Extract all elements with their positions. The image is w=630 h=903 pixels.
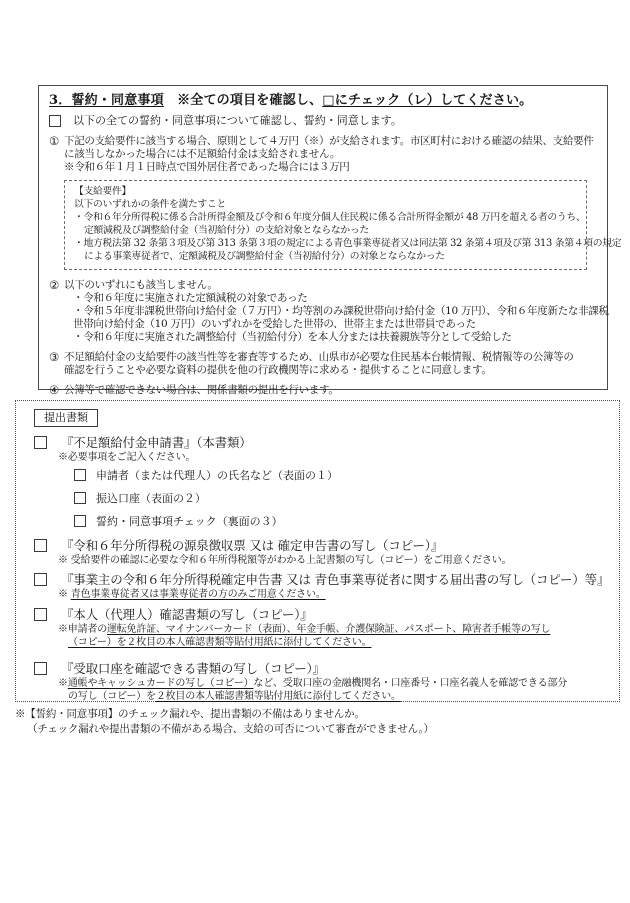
requirements-line-4: ・地方税法第 32 条第３項及び第 313 条第３項の規定による青色事業専従者又… xyxy=(74,237,580,250)
pledge-item-3-number: ③ xyxy=(49,351,64,377)
doc-receiving-account-note-1: ※通帳やキャッシュカードの写し（コピー）など、受取口座の金融機関名・口座番号・口… xyxy=(58,677,607,691)
footer-note-line-2: （チェック漏れや提出書類の不備がある場合、支給の可否について審査ができません。） xyxy=(15,722,434,737)
sub-item-applicant-name-label: 申請者（または代理人）の氏名など（表面の１） xyxy=(96,468,338,483)
doc-application-form: 『不足額給付金申請書』（本書類） ※必要事項をご記入ください。 申請者（または代… xyxy=(34,434,607,529)
sub-item-pledge-check-label: 誓約・同意事項チェック（裏面の３） xyxy=(96,514,283,529)
pledge-item-2-line-2: ・令和５年度非課税世帯向け給付金（７万円）・均等割のみ課税世帯向け給付金（10 … xyxy=(64,305,599,318)
doc-receiving-account-note-2-plain: の写し（コピー）を xyxy=(68,691,156,702)
doc-receiving-account: 『受取口座を確認できる書類の写し（コピー）』 ※通帳やキャッシュカードの写し（コ… xyxy=(34,660,607,704)
pledge-item-3-body: 不足額給付金の支給要件の該当性等を審査等するため、山県市が必要な住民基本台帳情報… xyxy=(64,351,599,377)
doc-identity-verification-head: 『本人（代理人）確認書類の写し（コピー）』 xyxy=(34,606,607,623)
doc-receiving-account-note-1-rest: など、受取口座の金融機関名・口座番号・口座名義人を確認できる部分 xyxy=(253,678,567,689)
pledge-item-2-line-4: ・令和６年度に実施された調整給付（当初給付分）を本人分または扶養親族等分として受… xyxy=(64,331,599,344)
sub-item-bank-account-checkbox[interactable] xyxy=(74,492,86,504)
agree-all-label: 以下の全ての誓約・同意事項について確認し、誓約・同意します。 xyxy=(73,114,402,128)
pledge-item-1-body: 下記の支給要件に該当する場合、原則として４万円（※）が支給されます。市区町村にお… xyxy=(64,135,599,272)
pledge-item-2-line-1: ・令和６年度に実施された定額減税の対象であった xyxy=(64,292,599,305)
doc-identity-verification: 『本人（代理人）確認書類の写し（コピー）』 ※申請者の運転免許証、マイナンバーカ… xyxy=(34,606,607,650)
pledge-title-period: 。 xyxy=(519,93,532,108)
agree-all-checkbox[interactable] xyxy=(49,115,61,127)
pledge-section-box: 3．誓約・同意事項 ※全ての項目を確認し、□にチェック（レ）してください。 以下… xyxy=(38,85,608,390)
doc-receiving-account-title: 『受取口座を確認できる書類の写し（コピー）』 xyxy=(61,660,325,677)
pledge-item-2-body: 以下のいずれにも該当しません。 ・令和６年度に実施された定額減税の対象であった … xyxy=(64,279,599,344)
pledge-item-1-line-2: に該当しなかった場合には不足額給付金は支給されません。 xyxy=(64,148,599,161)
doc-employer-tax-return-note-prefix: ※ xyxy=(58,589,71,600)
document-page: 3．誓約・同意事項 ※全ての項目を確認し、□にチェック（レ）してください。 以下… xyxy=(0,0,630,903)
requirements-line-2: ・令和６年分所得税に係る合計所得金額及び令和６年度分個人住民税に係る合計所得金額… xyxy=(74,211,580,224)
sub-item-bank-account-label: 振込口座（表面の２） xyxy=(96,491,206,506)
sub-item-pledge-check: 誓約・同意事項チェック（裏面の３） xyxy=(74,514,607,529)
doc-application-form-head: 『不足額給付金申請書』（本書類） xyxy=(34,434,607,451)
doc-withholding-slip-note: ※ 受給要件の確認に必要な令和６年所得税額等がわかる上記書類の写し（コピー）をご… xyxy=(58,554,607,568)
pledge-section-title: 3．誓約・同意事項 ※全ての項目を確認し、□にチェック（レ）してください。 xyxy=(49,92,599,109)
pledge-item-1-line-1: 下記の支給要件に該当する場合、原則として４万円（※）が支給されます。市区町村にお… xyxy=(64,135,599,148)
pledge-item-2: ② 以下のいずれにも該当しません。 ・令和６年度に実施された定額減税の対象であっ… xyxy=(49,279,599,344)
doc-withholding-slip: 『令和６年分所得税の源泉徴収票 又は 確定申告書の写し（コピー）』 ※ 受給要件… xyxy=(34,537,607,568)
requirements-line-3: 定額減税及び調整給付金（当初給付分）の支給対象とならなかった xyxy=(74,224,580,237)
pledge-item-2-line-3: 世帯向け給付金（10 万円）のいずれかを受給した世帯の、世帯主または世帯員であっ… xyxy=(64,318,599,331)
doc-receiving-account-note-2: の写し（コピー）を２枚目の本人確認書類等貼付用紙に添付してください。 xyxy=(58,690,607,704)
agree-all-row: 以下の全ての誓約・同意事項について確認し、誓約・同意します。 xyxy=(49,114,599,128)
submission-documents-box: 提出書類 『不足額給付金申請書』（本書類） ※必要事項をご記入ください。 申請者… xyxy=(15,400,620,702)
doc-receiving-account-note-1-prefix: ※ xyxy=(58,678,68,689)
doc-receiving-account-head: 『受取口座を確認できる書類の写し（コピー）』 xyxy=(34,660,607,677)
doc-receiving-account-note-1-underlined: 通帳やキャッシュカードの写し（コピー） xyxy=(68,678,254,689)
doc-receiving-account-note-2-underlined: ２枚目の本人確認書類等貼付用紙に添付してください。 xyxy=(156,691,401,702)
pledge-item-1: ① 下記の支給要件に該当する場合、原則として４万円（※）が支給されます。市区町村… xyxy=(49,135,599,272)
doc-withholding-slip-checkbox[interactable] xyxy=(34,539,47,552)
doc-identity-verification-note-2: （コピー）を２枚目の本人確認書類等貼付用紙に添付してください。 xyxy=(58,636,607,650)
requirements-heading: 【支給要件】 xyxy=(74,185,580,198)
doc-employer-tax-return-note-underlined: 青色事業専従者又は事業専従者の方のみご用意ください。 xyxy=(71,589,326,600)
footer-note-line-1: ※【誓約・同意事項】のチェック漏れや、提出書類の不備はありませんか。 xyxy=(15,707,434,722)
requirements-line-5: による事業専従者で、定額減税及び調整給付金（当初給付分）の対象とならなかった xyxy=(74,250,580,263)
sub-item-pledge-check-checkbox[interactable] xyxy=(74,515,86,527)
pledge-item-2-head: 以下のいずれにも該当しません。 xyxy=(64,279,599,292)
doc-application-form-subitems: 申請者（または代理人）の氏名など（表面の１） 振込口座（表面の２） 誓約・同意事… xyxy=(34,468,607,529)
pledge-item-4-body: 公簿等で確認できない場合は、関係書類の提出を行います。 xyxy=(64,384,599,397)
doc-application-form-checkbox[interactable] xyxy=(34,436,47,449)
pledge-item-3: ③ 不足額給付金の支給要件の該当性等を審査等するため、山県市が必要な住民基本台帳… xyxy=(49,351,599,377)
pledge-item-4: ④ 公簿等で確認できない場合は、関係書類の提出を行います。 xyxy=(49,384,599,397)
sub-item-applicant-name-checkbox[interactable] xyxy=(74,469,86,481)
pledge-item-3-line-2: 確認を行うことや必要な資料の提供を他の行政機関等に求める・提供することに同意しま… xyxy=(64,364,599,377)
doc-employer-tax-return-head: 『事業主の令和６年分所得税確定申告書 又は 青色事業専従者に関する届出書の写し（… xyxy=(34,571,607,588)
pledge-title-spacer xyxy=(164,93,177,108)
doc-withholding-slip-title: 『令和６年分所得税の源泉徴収票 又は 確定申告書の写し（コピー）』 xyxy=(61,537,443,554)
sub-item-applicant-name: 申請者（または代理人）の氏名など（表面の１） xyxy=(74,468,607,483)
doc-identity-verification-note-2-underlined: （コピー）を２枚目の本人確認書類等貼付用紙に添付してください。 xyxy=(68,637,371,648)
doc-identity-verification-note-1-underlined: 運転免許証、マイナンバーカード（表面）、年金手帳、介護保険証、パスポート、障害者… xyxy=(107,624,550,635)
sub-item-bank-account: 振込口座（表面の２） xyxy=(74,491,607,506)
doc-application-form-title: 『不足額給付金申請書』（本書類） xyxy=(61,434,252,451)
doc-receiving-account-checkbox[interactable] xyxy=(34,662,47,675)
pledge-item-1-number: ① xyxy=(49,135,64,272)
pledge-title-check-instruction: □にチェック（レ）してください xyxy=(322,93,519,108)
doc-identity-verification-note-1: ※申請者の運転免許証、マイナンバーカード（表面）、年金手帳、介護保険証、パスポー… xyxy=(58,623,607,637)
pledge-title-instruction: ※全ての項目を確認し、 xyxy=(177,93,322,108)
pledge-item-1-line-3: ※令和６年１月１日時点で国外居住者であった場合には３万円 xyxy=(64,161,599,174)
pledge-item-3-line-1: 不足額給付金の支給要件の該当性等を審査等するため、山県市が必要な住民基本台帳情報… xyxy=(64,351,599,364)
submission-documents-label: 提出書類 xyxy=(34,409,98,427)
pledge-item-4-line-1: 公簿等で確認できない場合は、関係書類の提出を行います。 xyxy=(64,384,599,397)
pledge-item-2-number: ② xyxy=(49,279,64,344)
doc-employer-tax-return: 『事業主の令和６年分所得税確定申告書 又は 青色事業専従者に関する届出書の写し（… xyxy=(34,571,607,602)
doc-identity-verification-checkbox[interactable] xyxy=(34,608,47,621)
requirements-line-1: 以下のいずれかの条件を満たすこと xyxy=(74,198,580,211)
doc-employer-tax-return-checkbox[interactable] xyxy=(34,573,47,586)
doc-withholding-slip-head: 『令和６年分所得税の源泉徴収票 又は 確定申告書の写し（コピー）』 xyxy=(34,537,607,554)
doc-identity-verification-note-1-prefix: ※申請者の xyxy=(58,624,107,635)
pledge-item-4-number: ④ xyxy=(49,384,64,397)
doc-employer-tax-return-title: 『事業主の令和６年分所得税確定申告書 又は 青色事業専従者に関する届出書の写し（… xyxy=(61,571,609,588)
doc-application-form-note: ※必要事項をご記入ください。 xyxy=(58,451,607,465)
doc-identity-verification-title: 『本人（代理人）確認書類の写し（コピー）』 xyxy=(61,606,313,623)
payment-requirements-box: 【支給要件】 以下のいずれかの条件を満たすこと ・令和６年分所得税に係る合計所得… xyxy=(64,180,587,270)
pledge-title-heading: 3．誓約・同意事項 xyxy=(49,93,164,108)
doc-employer-tax-return-note: ※ 青色事業専従者又は事業専従者の方のみご用意ください。 xyxy=(58,588,607,602)
footer-note: ※【誓約・同意事項】のチェック漏れや、提出書類の不備はありませんか。 （チェック… xyxy=(15,707,434,736)
